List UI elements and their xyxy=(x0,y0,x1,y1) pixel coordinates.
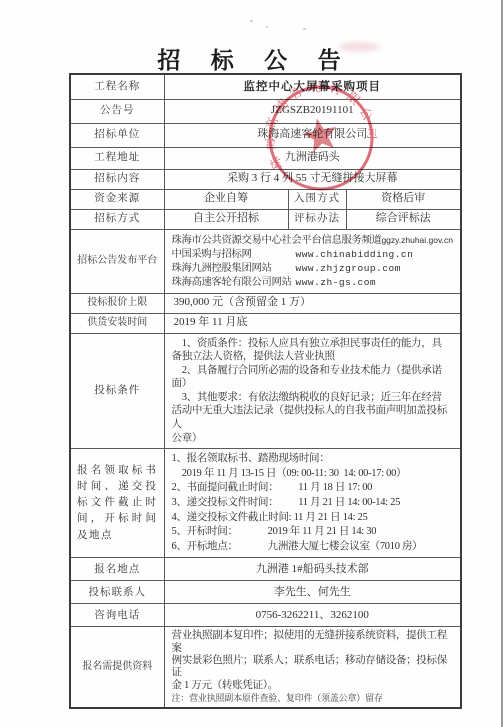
text-line: 2、具备履行合同所必需的设备和专业技术能力（提供承诺 xyxy=(172,364,455,378)
table-row: 招标方式 自主公开招标 评标办法 综合评标法 xyxy=(70,209,461,229)
platform-item: 中国采购与招标网 www.chinabidding.cn xyxy=(172,248,455,262)
field-label-project-address: 工程地址 xyxy=(70,147,164,169)
scanned-tender-announcement-page: 招 标 公 告 工程名称 监控中心大屏幕采购项目 公告号 JZGSZB20191… xyxy=(0,0,504,727)
field-label-schedule: 报名领取标书时间、递交投标文件截止时间，开标时间及地点 xyxy=(70,449,164,558)
text-line: 3、其他要求：有依法缴纳税收的良好记录；近三年在经营 xyxy=(172,391,455,405)
platform-url: www.chinabidding.cn xyxy=(296,248,414,262)
company-seal-stamp: 珠海高速客轮有限公司 xyxy=(256,73,386,203)
text-line: 金 1 万元（转账凭证）。 xyxy=(172,680,455,692)
field-label-bid-price-cap: 投标报价上限 xyxy=(70,293,164,313)
platform-url: ggzy.zhuhai.gov.cn xyxy=(381,233,453,247)
text-line: 4、递交投标文件截止时间: 11 月 21 日 14: 25 xyxy=(172,511,455,526)
seal-star-icon xyxy=(300,115,340,154)
text-line: 备独立法人资格，提供法人营业执照 xyxy=(172,350,455,364)
text-line: 营业执照副本复印件；拟使用的无缝拼接系统资料，提供工程案 xyxy=(172,630,455,655)
scan-speck xyxy=(250,20,253,22)
field-value-registration-materials: 营业执照副本复印件；拟使用的无缝拼接系统资料，提供工程案 例实景彩色照片；联系人… xyxy=(164,627,461,708)
field-value-bid-contacts: 李先生、何先生 xyxy=(164,581,461,604)
field-label-tender-content: 招标内容 xyxy=(70,169,164,189)
materials-note: 注：营业执照副本原件查验、复印件（须盖公章）留存 xyxy=(172,692,455,704)
platform-name: 中国采购与招标网 xyxy=(172,248,296,262)
field-value-bid-price-cap: 390,000 元（含预留金 1 万） xyxy=(164,293,461,313)
text-line: 活动中无重大违法记录（提供投标人的自我书面声明加盖投标人 xyxy=(172,404,455,431)
table-row: 报名需提供资料 营业执照副本复印件；拟使用的无缝拼接系统资料，提供工程案 例实景… xyxy=(70,627,461,708)
field-value-publish-platforms: 珠海市公共资源交易中心社会平台信息服务频道 ggzy.zhuhai.gov.cn… xyxy=(164,229,461,293)
field-value-evaluation-method: 综合评标法 xyxy=(346,209,461,229)
field-value-delivery-time: 2019 年 11 月底 xyxy=(164,313,461,333)
table-row: 投标条件 1、资质条件：投标人应具有独立承担民事责任的能力，具 备独立法人资格，… xyxy=(70,333,461,449)
text-line: 2019 年 11 月 13-15 日（09: 00-11: 30 14: 00… xyxy=(172,467,455,482)
table-row: 资金来源 企业自筹 入围方式 资格后审 xyxy=(70,189,461,209)
field-value-schedule: 1、报名领取标书、踏勘现场时间： 2019 年 11 月 13-15 日（09:… xyxy=(164,449,461,558)
announcement-table: 工程名称 监控中心大屏幕采购项目 公告号 JZGSZB20191101 招标单位… xyxy=(69,73,462,709)
field-value-inquiry-phone: 0756-3262211、3262100 xyxy=(164,604,461,627)
field-label-delivery-time: 供货安装时间 xyxy=(70,313,164,333)
text-line: 1、报名领取标书、踏勘现场时间： xyxy=(172,452,455,467)
text-line: 公章） xyxy=(172,432,455,446)
field-label-funding-source: 资金来源 xyxy=(70,189,164,209)
field-label-registration-place: 报名地点 xyxy=(70,558,164,581)
text-line: 3、递交投标文件时间： 11 月 21 日 14: 00-14: 25 xyxy=(172,496,455,511)
field-value-shortlist-method: 资格后审 xyxy=(346,189,461,209)
table-row: 供货安装时间 2019 年 11 月底 xyxy=(70,313,461,333)
platform-item: 珠海高速客轮有限公司网站 www.zh-gs.com xyxy=(172,276,455,290)
field-label-publish-platforms: 招标公告发布平台 xyxy=(70,229,164,293)
field-label-registration-materials: 报名需提供资料 xyxy=(70,627,164,708)
table-row: 投标报价上限 390,000 元（含预留金 1 万） xyxy=(70,293,461,313)
platform-item: 珠海九洲控股集团网站 www.zhjzgroup.com xyxy=(172,262,455,276)
platform-name: 珠海高速客轮有限公司网站 xyxy=(172,276,296,290)
platform-url: www.zhjzgroup.com xyxy=(296,262,401,276)
table-row: 咨询电话 0756-3262211、3262100 xyxy=(70,604,461,627)
field-value-bid-conditions: 1、资质条件：投标人应具有独立承担民事责任的能力，具 备独立法人资格，提供法人营… xyxy=(164,333,461,449)
text-line: 例实景彩色照片；联系人；联系电话；移动存储设备；投标保证 xyxy=(172,655,455,680)
field-value-tender-method: 自主公开招标 xyxy=(164,209,288,229)
field-label-announcement-no: 公告号 xyxy=(70,99,164,123)
text-line: 5、开标时间： 2019 年 11 月 21 日 14: 30 xyxy=(172,525,455,540)
table-row: 招标内容 采购 3 行 4 列 55 寸无缝拼接大屏幕 xyxy=(70,169,461,189)
scan-speck xyxy=(303,28,306,30)
platform-url: www.zh-gs.com xyxy=(296,276,377,290)
table-row: 工程地址 九洲港码头 xyxy=(70,147,461,169)
table-row: 招标公告发布平台 珠海市公共资源交易中心社会平台信息服务频道 ggzy.zhuh… xyxy=(70,229,461,293)
field-value-funding-source: 企业自筹 xyxy=(164,189,288,209)
field-label-bid-contacts: 投标联系人 xyxy=(70,581,164,604)
platform-item: 珠海市公共资源交易中心社会平台信息服务频道 ggzy.zhuhai.gov.cn xyxy=(172,233,455,248)
text-line: 1、资质条件：投标人应具有独立承担民事责任的能力，具 xyxy=(172,337,455,351)
scan-speck xyxy=(266,26,268,28)
field-label-evaluation-method: 评标办法 xyxy=(288,209,346,229)
platform-name: 珠海市公共资源交易中心社会平台信息服务频道 xyxy=(172,234,382,248)
field-label-project-name: 工程名称 xyxy=(70,74,164,99)
table-row: 投标联系人 李先生、何先生 xyxy=(70,581,461,604)
table-row: 报名领取标书时间、递交投标文件截止时间，开标时间及地点 1、报名领取标书、踏勘现… xyxy=(70,449,461,558)
field-label-inquiry-phone: 咨询电话 xyxy=(70,604,164,627)
text-line: 面） xyxy=(172,377,455,391)
platform-name: 珠海九洲控股集团网站 xyxy=(172,262,296,276)
text-line: 2、书面提问截止时间： 11 月 18 日 17: 00 xyxy=(172,481,455,496)
page-title: 招 标 公 告 xyxy=(0,42,504,75)
text-line: 6、开标地点： 九洲港大厦七楼会议室（7010 房） xyxy=(172,540,455,555)
field-value-registration-place: 九洲港 1#船码头技术部 xyxy=(164,558,461,581)
field-label-tendering-unit: 招标单位 xyxy=(70,123,164,147)
field-label-tender-method: 招标方式 xyxy=(70,209,164,229)
scan-page-edge xyxy=(501,0,503,727)
field-label-bid-conditions: 投标条件 xyxy=(70,333,164,449)
table-row: 报名地点 九洲港 1#船码头技术部 xyxy=(70,558,461,581)
